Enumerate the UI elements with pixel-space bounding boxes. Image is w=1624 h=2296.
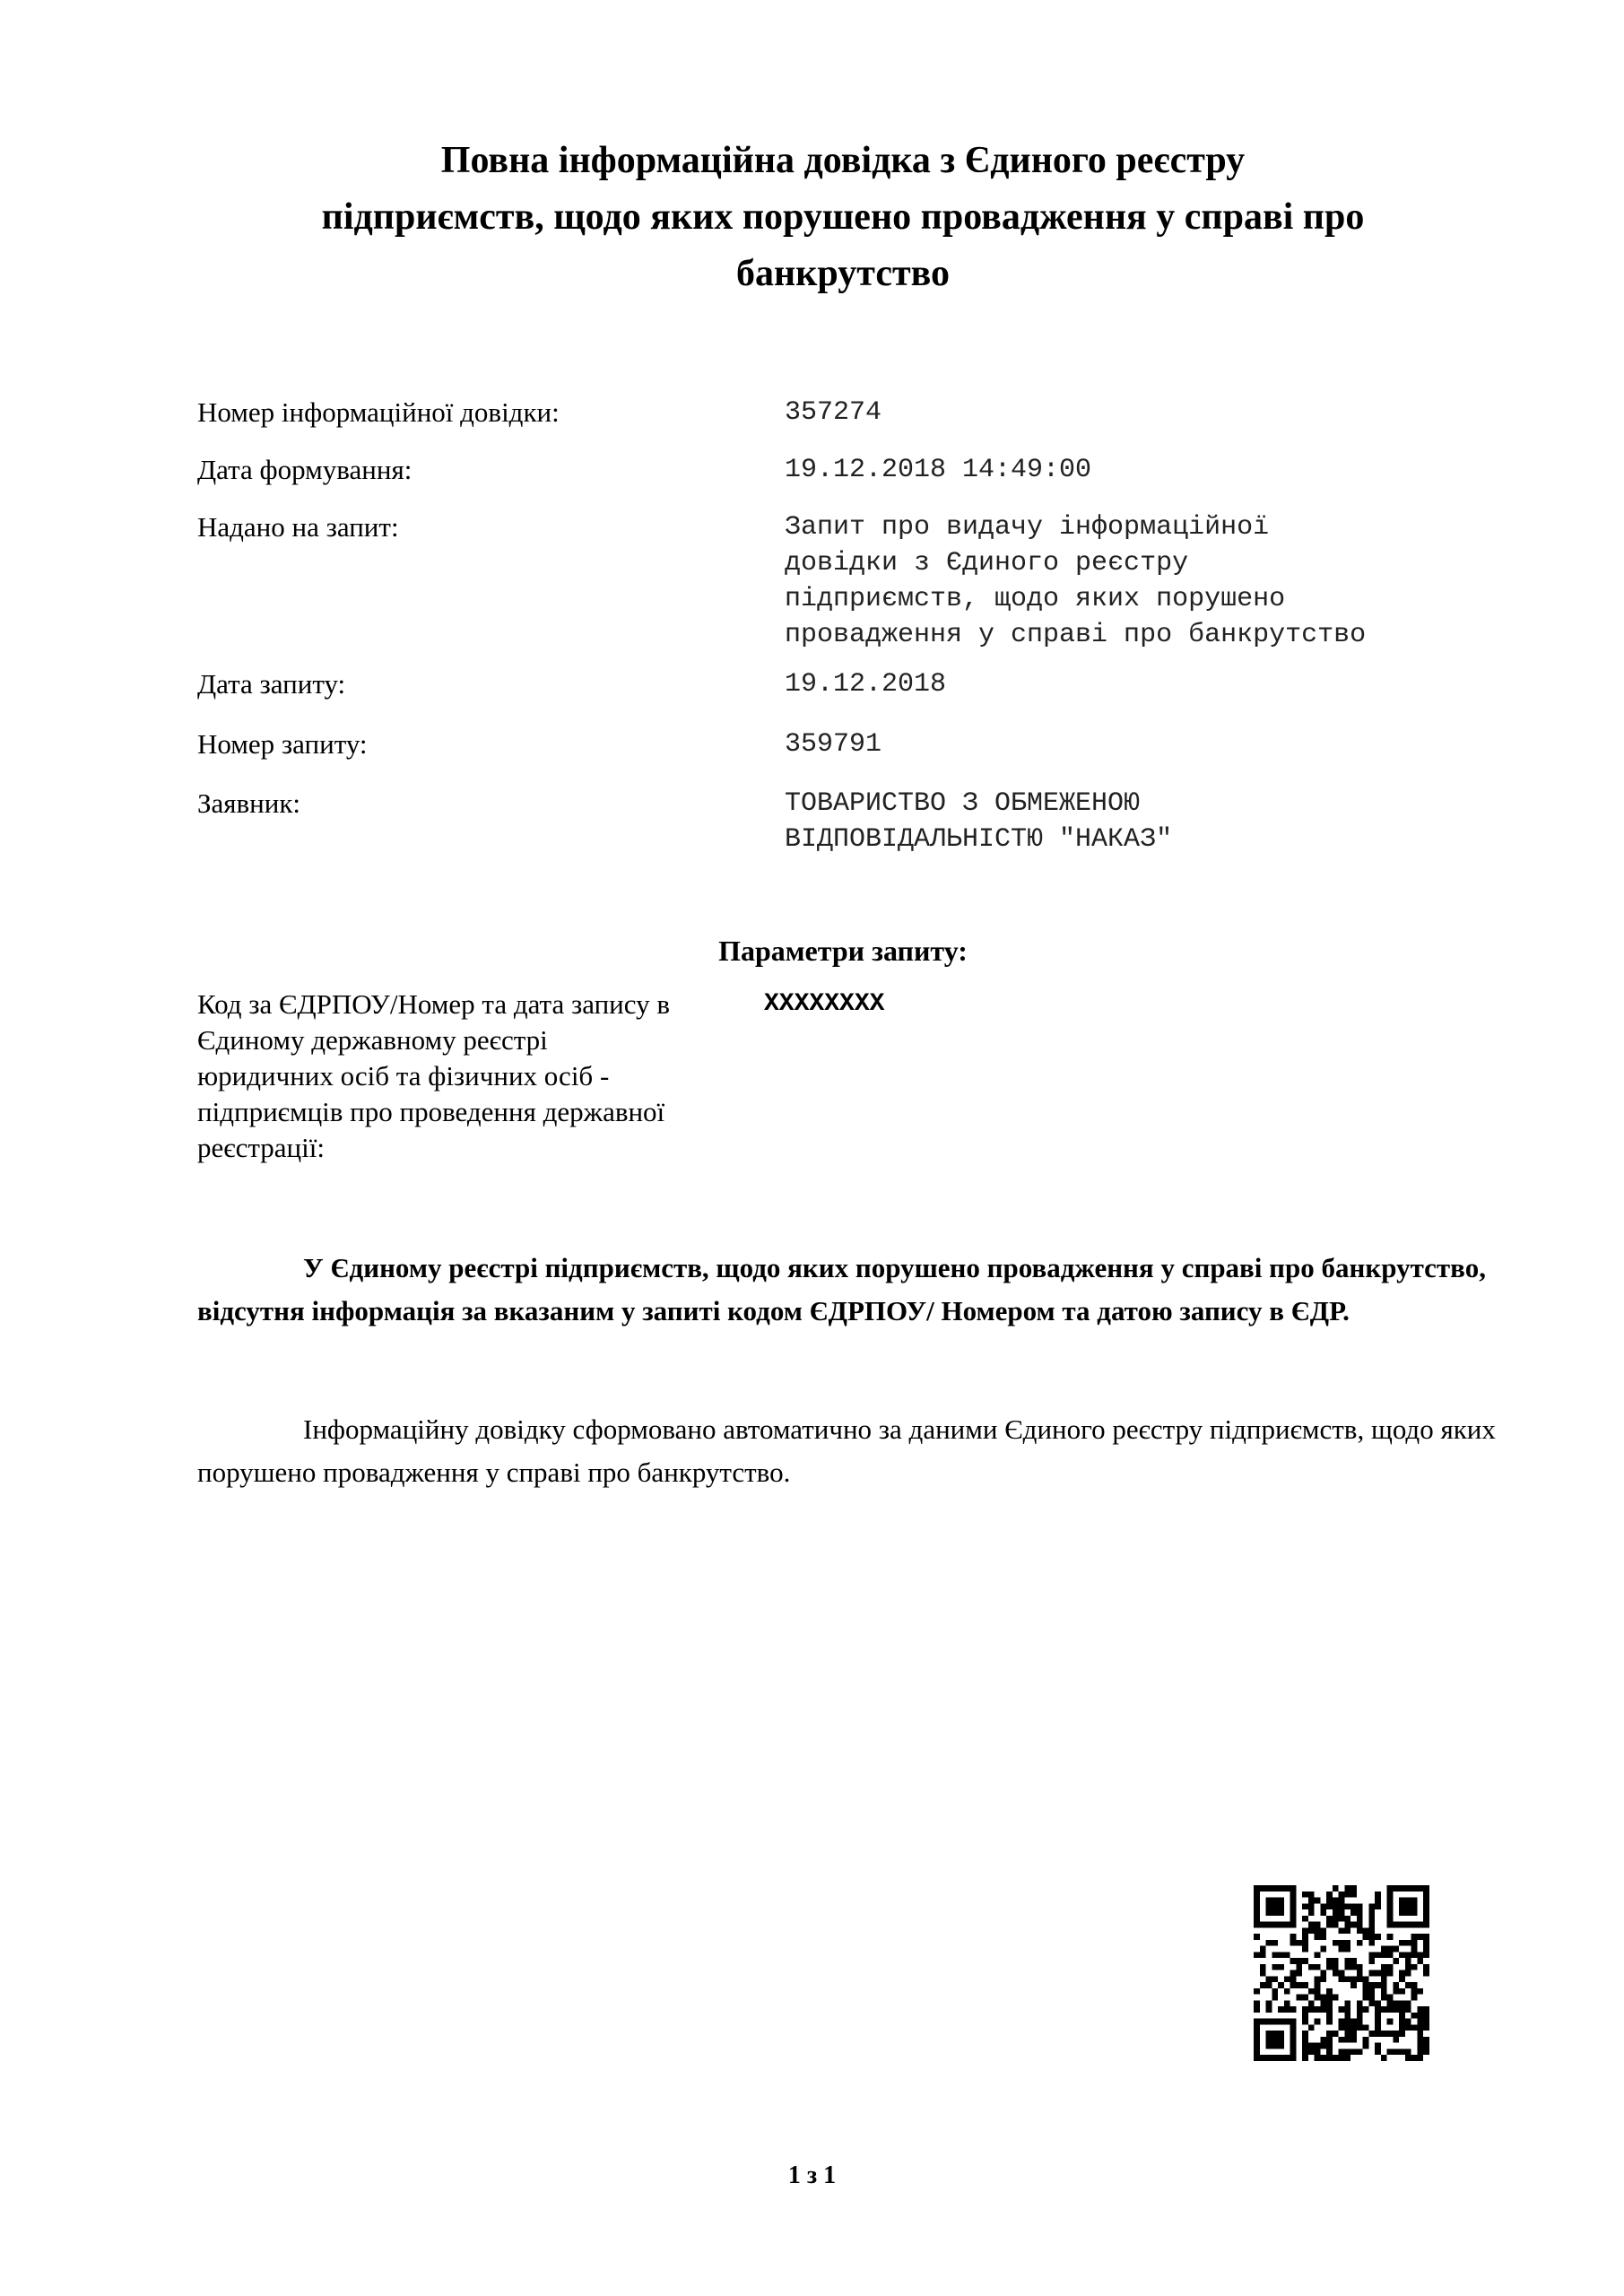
field-value: 357274 <box>785 395 1520 452</box>
field-generation-date: Дата формування: 19.12.2018 14:49:00 <box>197 452 1542 509</box>
parameter-value: XXXXXXXX <box>764 987 884 1166</box>
parameter-label-line: підприємців про проведення державної <box>197 1094 762 1130</box>
field-value: 19.12.2018 14:49:00 <box>785 452 1520 509</box>
parameter-label-line: реєстрації: <box>197 1130 762 1166</box>
field-label: Заявник: <box>197 786 785 866</box>
field-label: Номер інформаційної довідки: <box>197 395 785 452</box>
document-title: Повна інформаційна довідка з Єдиного реє… <box>197 133 1489 302</box>
title-line: банкрутство <box>197 246 1489 302</box>
field-label: Дата формування: <box>197 452 785 509</box>
field-value: 359791 <box>785 726 1520 786</box>
field-value: Запит про видачу інформаційної довідки з… <box>785 509 1520 666</box>
auto-generated-note: Інформаційну довідку сформовано автомати… <box>197 1408 1507 1494</box>
certificate-info: Номер інформаційної довідки: 357274 Дата… <box>197 395 1542 866</box>
field-request-number: Номер запиту: 359791 <box>197 726 1542 786</box>
document-page: Повна інформаційна довідка з Єдиного реє… <box>0 0 1624 2296</box>
field-request-date: Дата запиту: 19.12.2018 <box>197 666 1542 726</box>
request-parameters: Код за ЄДРПОУ/Номер та дата запису в Єди… <box>197 987 884 1166</box>
result-statement: У Єдиному реєстрі підприємств, щодо яких… <box>197 1247 1507 1333</box>
title-line: Повна інформаційна довідка з Єдиного реє… <box>197 133 1489 189</box>
field-certificate-number: Номер інформаційної довідки: 357274 <box>197 395 1542 452</box>
field-value: 19.12.2018 <box>785 666 1520 726</box>
title-line: підприємств, щодо яких порушено провадже… <box>197 189 1489 246</box>
parameter-label: Код за ЄДРПОУ/Номер та дата запису в Єди… <box>197 987 762 1166</box>
qr-code-icon <box>1254 1885 1429 2061</box>
parameter-label-line: юридичних осіб та фізичних осіб - <box>197 1058 762 1094</box>
field-label: Дата запиту: <box>197 666 785 726</box>
request-parameters-heading: Параметри запиту: <box>197 933 1489 969</box>
field-label: Надано на запит: <box>197 509 785 666</box>
field-label: Номер запиту: <box>197 726 785 786</box>
parameter-label-line: Код за ЄДРПОУ/Номер та дата запису в <box>197 987 762 1022</box>
field-applicant: Заявник: ТОВАРИСТВО З ОБМЕЖЕНОЮ ВІДПОВІД… <box>197 786 1542 866</box>
field-provided-for-request: Надано на запит: Запит про видачу інформ… <box>197 509 1542 666</box>
parameter-label-line: Єдиному державному реєстрі <box>197 1022 762 1058</box>
field-value: ТОВАРИСТВО З ОБМЕЖЕНОЮ ВІДПОВІДАЛЬНІСТЮ … <box>785 786 1520 866</box>
page-number: 1 з 1 <box>0 2161 1624 2190</box>
